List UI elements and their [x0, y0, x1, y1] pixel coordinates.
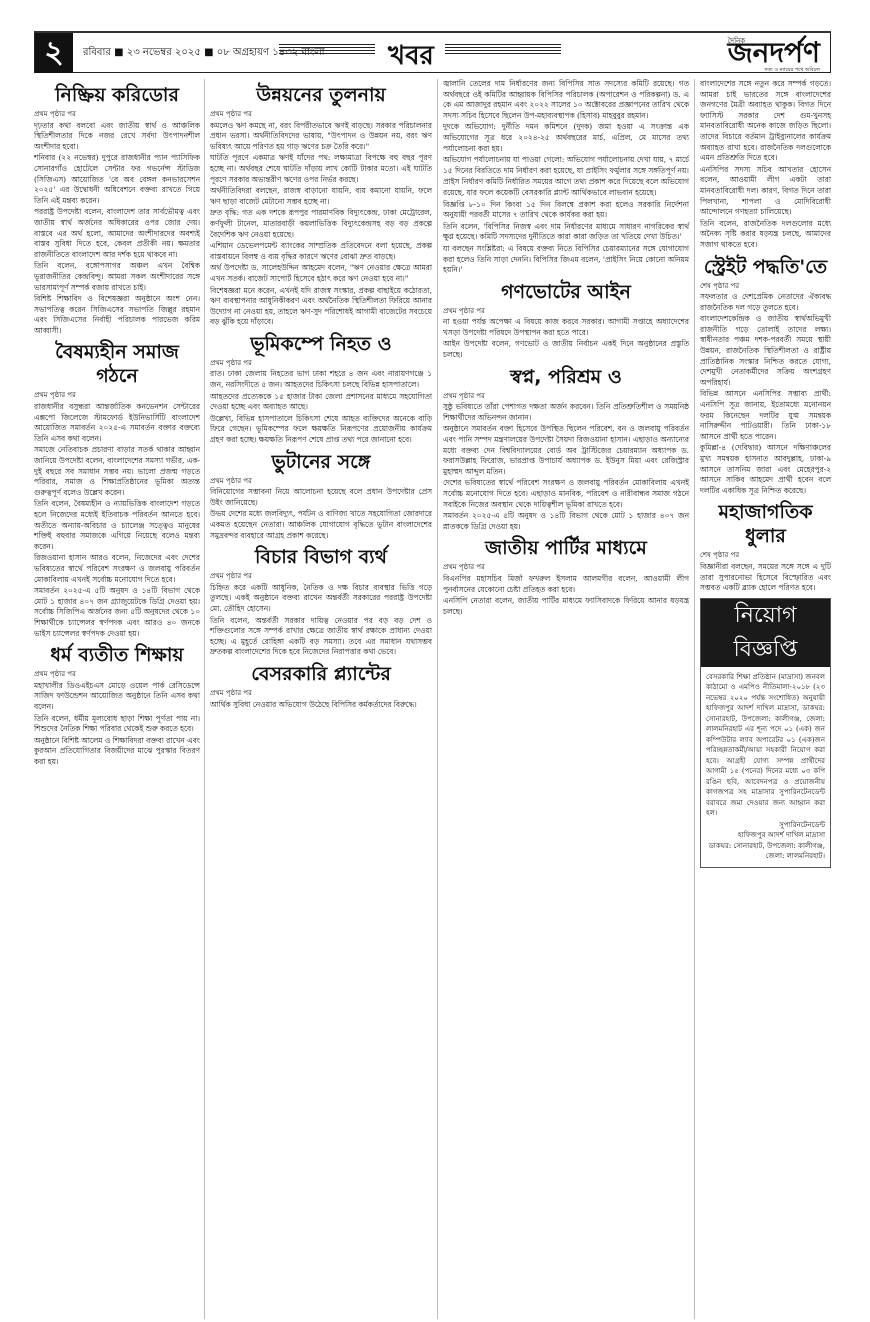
article-referendum: গণভোটের আইন প্রথম পৃষ্ঠার পর না হওয়া পর… [443, 280, 689, 361]
paragraph: প্রাইস নির্ধারণ কমিটি নির্ধারিত সময়ের আ… [443, 177, 689, 198]
paragraph: রাত। ঢাকা জেলায় নিহতের ভাগ ঢাকা শহরে ৪ … [210, 369, 432, 390]
paragraph: অভিযোগ পর্যালোচনায় যা পাওয়া গেলো: অভিয… [443, 155, 689, 176]
ad-signature: সুপারিনটেনডেন্ট হাফিজপুর আদর্শ দাখিল মাদ… [706, 820, 825, 862]
headline: বিচার বিভাগ ব্যর্থ [210, 545, 432, 569]
headline: গণভোটের আইন [443, 280, 689, 304]
paragraph: সফলতার ও দেশপ্রেমিক নেতাদের ঐক্যবদ্ধ রাজ… [700, 292, 831, 313]
paragraph: তিনি বলেন, অন্তর্বর্তী সরকার দায়িত্ব নে… [210, 616, 432, 658]
continued-label: প্রথম পৃষ্ঠার পর [210, 358, 432, 369]
decorative-rules-left [279, 44, 375, 58]
continued-label: প্রথম পৃষ্ঠার পর [210, 571, 432, 582]
paragraph: রাজধানীর বসুন্ধরা আন্তর্জাতিক কনভেনশন সে… [34, 402, 200, 444]
masthead: ২ রবিবার ■ ২৩ নভেম্বর ২০২৫ ■ ০৮ অগ্রহায়… [34, 31, 831, 73]
column-4: বাংলাদেশের সঙ্গে নতুন করে সম্পর্ক গড়তে।… [700, 79, 831, 868]
column-divider [694, 79, 695, 1319]
paragraph: আইন উপদেষ্টা বলেন, গণভোট ও জাতীয় নির্বা… [443, 339, 689, 360]
article-dream: স্বপ্ন, পরিশ্রম ও প্রথম পৃষ্ঠার পর সুষ্ঠ… [443, 365, 689, 533]
headline: জাতীয় পার্টির মাধ্যমে [443, 536, 689, 560]
paragraph: উল্লেখ্য, বিভিন্ন হাসপাতালে চিকিৎসা শেষে… [210, 414, 432, 446]
article-judiciary: বিচার বিভাগ ব্যর্থ প্রথম পৃষ্ঠার পর চিহ্… [210, 545, 432, 658]
paragraph: সমাজে নেতিবাচক প্রচারণা বাড়ার সতর্ক থাক… [34, 445, 200, 498]
continued-label: প্রথম পৃষ্ঠার পর [34, 390, 200, 401]
article-bd-relations: বাংলাদেশের সঙ্গে নতুন করে সম্পর্ক গড়তে।… [700, 79, 831, 251]
column-3: জ্বালানি তেলের দাম নির্ধারণের জন্য বিপিস… [443, 79, 689, 618]
paragraph: তিনি বলেন, ধর্মীয় মূল্যবোধ ছাড়া শিক্ষা… [34, 714, 200, 735]
continued-label: প্রথম পৃষ্ঠার পর [34, 669, 200, 680]
page-number: ২ [35, 33, 73, 73]
paragraph: সমাবর্তন ২০২৫-এ ৫টি অনুষদ ও ১৪টি বিভাগ থ… [34, 586, 200, 639]
paragraph: রিজওয়ানা হাসান আরও বলেন, নিজেদের এবং দে… [34, 553, 200, 585]
continued-label: শেষ পৃষ্ঠার পর [700, 550, 831, 561]
paragraph: ঘাটতি পূরণে একমাত্র ঋণই যাঁদের পথ: লক্ষ্… [210, 153, 432, 185]
paragraph: বাংলাদেশকেন্দ্রিক ও জাতীয় স্বার্থঅভিমুখ… [700, 314, 831, 388]
article-earthquake: ভূমিকম্পে নিহত ও প্রথম পৃষ্ঠার পর রাত। ঢ… [210, 332, 432, 446]
paragraph: তিনি বলেন, বঙ্গোপসাগর অঞ্চল এখন বৈশ্বিক … [34, 261, 200, 293]
brand-prefix: দৈনিক [728, 35, 746, 47]
headline: ভূমিকম্পে নিহত ও [210, 332, 432, 356]
continued-label: প্রথম পৃষ্ঠার পর [443, 306, 689, 317]
paragraph: এনসিপি নেতারা বলেন, জাতীয় পার্টির মাধ্য… [443, 596, 689, 617]
paragraph: বিশেষজ্ঞরা মনে করেন, এখনই যদি রাজস্ব সংস… [210, 286, 432, 328]
paragraph: বাংলাদেশের সঙ্গে নতুন করে সম্পর্ক গড়তে।… [700, 79, 831, 164]
paragraph: না হওয়া পর্যন্ত অপেক্ষা এ বিষয়ে কাজ কর… [443, 317, 689, 338]
continued-label: প্রথম পৃষ্ঠার পর [210, 688, 432, 699]
paragraph: তিনি বলেন, বৈষম্যহীন ও ন্যায়ভিত্তিক বাং… [34, 499, 200, 552]
article-jatiya-party: জাতীয় পার্টির মাধ্যমে প্রথম পৃষ্ঠার পর … [443, 536, 689, 617]
continued-label: প্রথম পৃষ্ঠার পর [210, 109, 432, 120]
headline: ভুটানের সঙ্গে [210, 450, 432, 474]
headline: ধর্ম ব্যতীত শিক্ষায় [34, 643, 200, 667]
article-corridor: নিষ্ক্রিয় করিডোর প্রথম পৃষ্ঠার পর দৃঢ়ত… [34, 83, 200, 336]
paragraph: তিনি বলেন, 'বিপিসির নিজস্ব এবং দাম নির্ধ… [443, 222, 689, 243]
headline: মহাজাগতিক ধুলার [700, 500, 831, 548]
article-step-system: স্ট্রেইট পদ্ধতি'তে শেষ পৃষ্ঠার পর সফলতার… [700, 255, 831, 497]
paragraph: বিএনপির মহাসচিব মির্জা ফখরুল ইসলাম আলমগী… [443, 574, 689, 595]
paragraph: আহতদের প্রত্যেককে ১৫ হাজার টাকা জেলা প্র… [210, 392, 432, 413]
article-development: উন্নয়নের তুলনায় প্রথম পৃষ্ঠার পর কমলেও… [210, 83, 432, 328]
paragraph: অনুষ্ঠানে সমাবর্তন বক্তা হিসেবে উপস্থিত … [443, 424, 689, 477]
paragraph: কুমিল্লা-৪ (দেবিদ্বার) আসনে দক্ষিণাঞ্চলে… [700, 443, 831, 496]
paragraph: যা বলছেন সংশ্লিষ্টরা: এ বিষয়ে বক্তব্য ন… [443, 244, 689, 276]
paragraph: বিজ্ঞপ্তি ৮-১০ দিন কিংবা ১৫ দিন বিলম্বে … [443, 200, 689, 221]
paragraph: উভয় দেশের মধ্যে জলবিদ্যুৎ, পর্যটন ও বাণ… [210, 509, 432, 541]
paragraph: শনিবার (২২ নভেম্বর) দুপুরে রাজধানীর প্যা… [34, 153, 200, 206]
column-divider [437, 79, 438, 1319]
article-cosmic-dust: মহাজাগতিক ধুলার শেষ পৃষ্ঠার পর বিজ্ঞানীর… [700, 500, 831, 593]
column-divider [204, 79, 205, 1319]
paragraph: দ্রুত বৃদ্ধি: গত এক দশকে রূপপুর পারমাণবি… [210, 208, 432, 240]
paragraph: অনুষ্ঠানে বিশিষ্ট আলেম ও শিক্ষাবিদরা বক্… [34, 736, 200, 768]
paragraph: চিহ্নিত করে একটি আধুনিক, নৈতিক ও দক্ষ বি… [210, 583, 432, 615]
paragraph: তিনি বলেন, রাজনৈতিক দলগুলোর মধ্যে অনৈক্য… [700, 219, 831, 251]
article-equality: বৈষম্যহীন সমাজ গঠনে প্রথম পৃষ্ঠার পর রাজ… [34, 340, 200, 639]
continued-label: প্রথম পৃষ্ঠার পর [443, 391, 689, 402]
paragraph: বিনিয়োগের সম্ভাবনা নিয়ে আলোচনা হয়েছে … [210, 487, 432, 508]
paragraph: মহাখালীর ডিওএইচএস মোড়ে ওয়েল পার্ক রেসি… [34, 681, 200, 713]
paragraph: এশিয়ান ডেভেলপমেন্ট ব্যাংকের সাম্প্রতিক … [210, 241, 432, 262]
paragraph: দেশের ভবিষ্যতের স্বার্থে পরিবেশ সংরক্ষণ … [443, 478, 689, 510]
signature-line: সুপারিনটেনডেন্ট [706, 820, 825, 831]
signature-line: হাফিজপুর আদর্শ দাখিল মাদ্রাসা [706, 830, 825, 841]
ad-body: বেসরকারি শিক্ষা প্রতিষ্ঠান (মাদ্রাসা) জন… [706, 672, 825, 819]
column-2: উন্নয়নের তুলনায় প্রথম পৃষ্ঠার পর কমলেও… [210, 79, 432, 711]
continued-label: প্রথম পৃষ্ঠার পর [34, 109, 200, 120]
newspaper-page: ২ রবিবার ■ ২৩ নভেম্বর ২০২৫ ■ ০৮ অগ্রহায়… [34, 31, 831, 1321]
headline: নিষ্ক্রিয় করিডোর [34, 83, 200, 107]
paragraph: বিশিষ্ট শিক্ষাবিদ ও বিশেষজ্ঞরা অনুষ্ঠানে… [34, 294, 200, 336]
decorative-rules-right [445, 44, 561, 58]
signature-line: ডাকঘর: সোনারহাট, উপজেলা: কালীগঞ্জ, জেলা:… [706, 841, 825, 862]
paragraph: পররাষ্ট্র উপদেষ্টা বলেন, বাংলাদেশ তার সা… [34, 207, 200, 260]
headline: স্বপ্ন, পরিশ্রম ও [443, 365, 689, 389]
continued-label: প্রথম পৃষ্ঠার পর [443, 562, 689, 573]
headline: উন্নয়নের তুলনায় [210, 83, 432, 107]
section-title: খবর [388, 35, 434, 79]
job-ad-box: নিয়োগ বিজ্ঞপ্তি বেসরকারি শিক্ষা প্রতিষ্… [700, 598, 831, 868]
headline: বৈষম্যহীন সমাজ গঠনে [34, 340, 200, 388]
paragraph: বিজ্ঞানীরা বলছেন, সময়ের সঙ্গে সঙ্গে এ দ… [700, 562, 831, 594]
paragraph: এনসিপির সদস্য সচিব আখতার হোসেন বলেন, আওয… [700, 165, 831, 218]
paragraph: দুদকে অভিযোগ: দুর্নীতি দমন কমিশনে (দুদক)… [443, 122, 689, 154]
article-private-plant-cont: জ্বালানি তেলের দাম নির্ধারণের জন্য বিপিস… [443, 79, 689, 276]
continued-label: প্রথম পৃষ্ঠার পর [210, 476, 432, 487]
brand-logo: দৈনিক জনদর্পণ সত্য ও ন্যায়ের পথে অবিচল [728, 35, 820, 75]
paragraph: জ্বালানি তেলের দাম নির্ধারণের জন্য বিপিস… [443, 79, 689, 121]
paragraph: আর্থিক সুবিধা নেওয়ার অভিযোগ উঠেছে বিপিস… [210, 700, 432, 711]
paragraph: কমলেও ঋণ কমছে না, বরং বিপরীতভাবে ঋণই বাড… [210, 121, 432, 153]
paragraph: অর্থনীতিবিদরা বলছেন, রাজস্ব বাড়ানো যায়… [210, 186, 432, 207]
paragraph: সমাবর্তন ২০২৫-এ ৫টি অনুষদ ও ১৪টি বিভাগ থ… [443, 511, 689, 532]
article-private-plant-start: বেসরকারি প্ল্যান্টের প্রথম পৃষ্ঠার পর আর… [210, 662, 432, 710]
headline: স্ট্রেইট পদ্ধতি'তে [700, 255, 831, 279]
ad-title: নিয়োগ বিজ্ঞপ্তি [701, 599, 830, 667]
paragraph: দৃঢ়তার কথা বলবো এবং জাতীয় স্বার্থ ও আঞ… [34, 121, 200, 153]
paragraph: অর্থ উপদেষ্টা ড. সালেহউদ্দিন আহমেদ বলেন,… [210, 263, 432, 284]
article-religion: ধর্ম ব্যতীত শিক্ষায় প্রথম পৃষ্ঠার পর মহ… [34, 643, 200, 767]
paragraph: বিভিন্ন আসনে এনসিপির সম্ভাব্য প্রার্থী: … [700, 389, 831, 442]
article-bhutan: ভুটানের সঙ্গে প্রথম পৃষ্ঠার পর বিনিয়োগে… [210, 450, 432, 542]
headline: বেসরকারি প্ল্যান্টের [210, 662, 432, 686]
paragraph: সুষ্ঠু ভবিষ্যতে তাঁরা পেশাগত দক্ষতা অর্জ… [443, 402, 689, 423]
continued-label: শেষ পৃষ্ঠার পর [700, 281, 831, 292]
column-1: নিষ্ক্রিয় করিডোর প্রথম পৃষ্ঠার পর দৃঢ়ত… [34, 79, 200, 768]
